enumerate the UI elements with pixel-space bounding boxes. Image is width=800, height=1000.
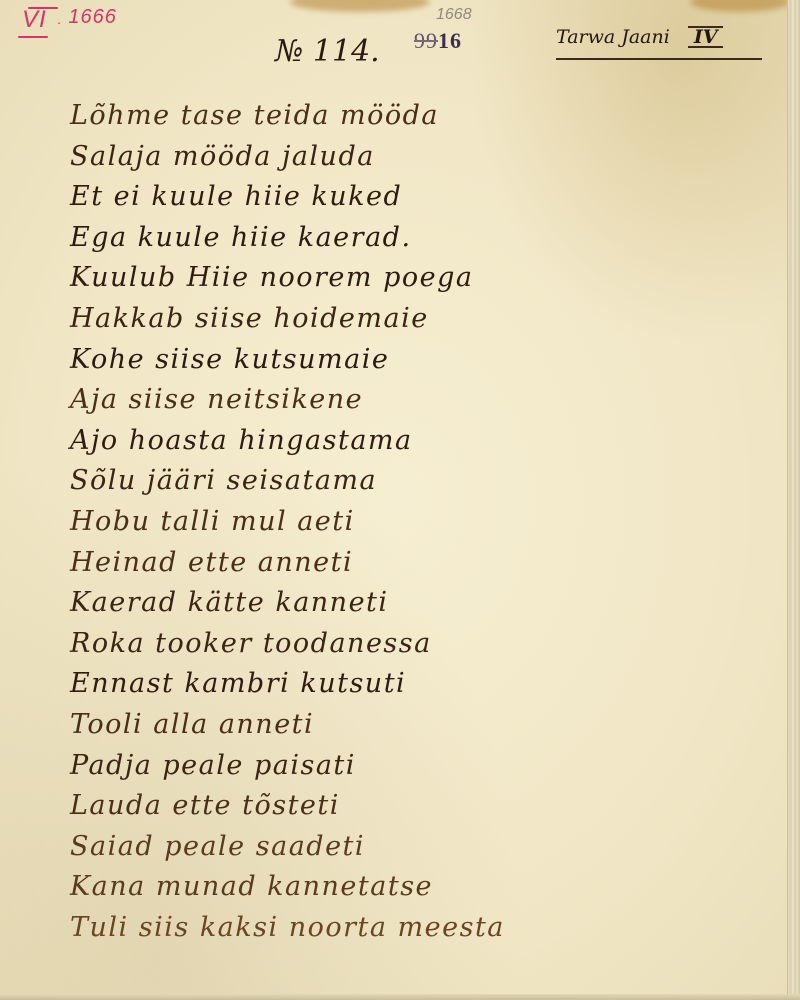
collection-volume: IV	[688, 26, 724, 48]
poem-line: Hobu talli mul aeti	[70, 502, 690, 543]
poem-line: Tuli siis kaksi noorta meesta	[70, 908, 690, 949]
document-number: № 114.	[275, 34, 380, 69]
poem-line: Roka tooker toodanessa	[70, 624, 690, 665]
poem-line: Sõlu jääri seisatama	[70, 461, 690, 502]
poem-line: Et ei kuule hiie kuked	[70, 177, 690, 218]
poem-line: Saiad peale saadeti	[70, 827, 690, 868]
poem-line: Kuulub Hiie noorem poega	[70, 258, 690, 299]
poem-line: Ennast kambri kutsuti	[70, 664, 690, 705]
poem-line: Heinad ette anneti	[70, 543, 690, 584]
poem-line: Ajo hoasta hingastama	[70, 421, 690, 462]
paper-stain	[290, 0, 430, 12]
archive-mark-number: 1666	[68, 6, 117, 28]
archive-mark-roman: VI	[18, 6, 51, 34]
archive-mark: VI·1666	[18, 6, 117, 34]
poem-line: Lõhme tase teida mööda	[70, 96, 690, 137]
poem-line: Hakkab siise hoidemaie	[70, 299, 690, 340]
poem-text: Lõhme tase teida mööda Salaja mööda jalu…	[70, 96, 690, 948]
poem-line: Tooli alla anneti	[70, 705, 690, 746]
archive-mark-separator: ·	[57, 14, 63, 30]
stamp-number: 9916	[414, 28, 462, 54]
collection-label: Tarwa JaaniIV	[556, 26, 762, 60]
poem-line: Kaerad kätte kanneti	[70, 583, 690, 624]
poem-line: Aja siise neitsikene	[70, 380, 690, 421]
poem-line: Kohe siise kutsumaie	[70, 340, 690, 381]
pencil-number: 1668	[436, 6, 472, 24]
page-edge-right	[787, 0, 800, 1000]
poem-line: Padja peale paisati	[70, 746, 690, 787]
paper-stain	[690, 0, 790, 12]
page-edge-bottom	[0, 994, 800, 1000]
manuscript-page: VI·1666 № 114. 1668 9916 Tarwa JaaniIV L…	[0, 0, 800, 1000]
poem-line: Kana munad kannetatse	[70, 867, 690, 908]
poem-line: Ega kuule hiie kaerad.	[70, 218, 690, 259]
collection-label-text: Tarwa Jaani	[556, 26, 670, 48]
poem-line: Salaja mööda jaluda	[70, 137, 690, 178]
poem-line: Lauda ette tõsteti	[70, 786, 690, 827]
stamp-number-current: 16	[438, 28, 462, 53]
stamp-number-struck: 99	[414, 28, 438, 53]
